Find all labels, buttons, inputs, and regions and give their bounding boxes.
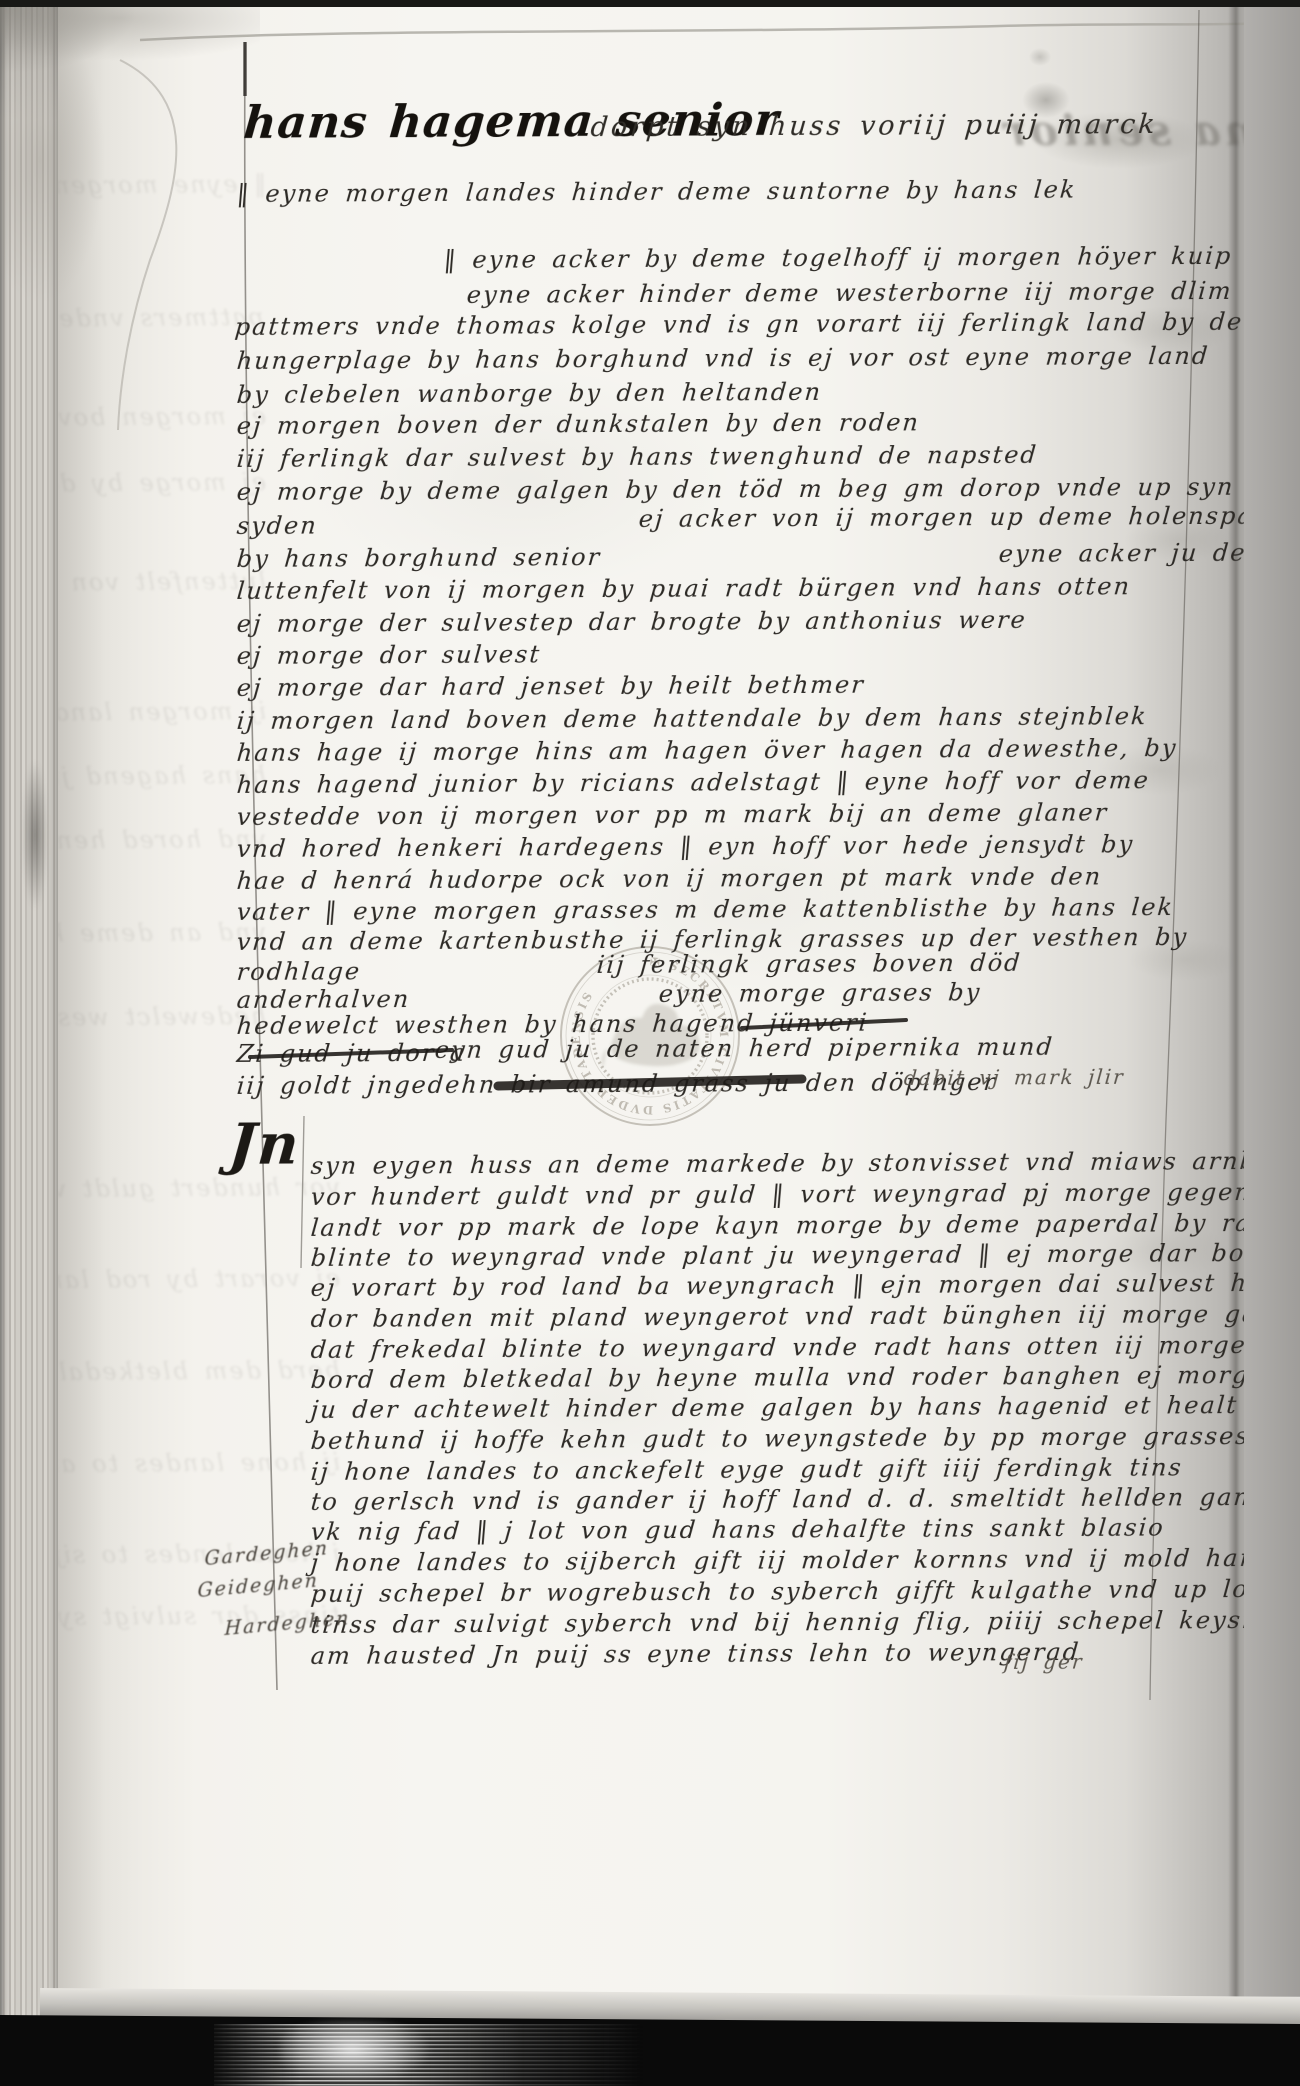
manuscript-line: to gerlsch vnd is gander ij hoff land d.… [310, 1483, 1270, 1516]
manuscript-line: j hone landes to sijberch gift iij molde… [310, 1544, 1276, 1577]
manuscript-line: by clebelen wanborge by den heltanden [236, 378, 823, 409]
manuscript-line: rodhlage [236, 957, 363, 986]
cradle-highlight [280, 2020, 440, 2086]
manuscript-line: iij ferlingk dar sulvest by hans twenghu… [236, 441, 1039, 473]
manuscript-line: landt vor pp mark de lope kayn morge by … [310, 1209, 1282, 1242]
manuscript-line: iij ferlingk grases boven död [596, 949, 1023, 979]
manuscript-line: ‖ eyne acker by deme togelhoff ij morgen… [443, 242, 1234, 274]
fore-edge-blot [22, 760, 48, 910]
manuscript-line: ‖ eyne morgen landes hinder deme suntorn… [236, 176, 1078, 208]
manuscript-line: eyn gud ju de naten herd pipernika mund [434, 1033, 1055, 1064]
manuscript-line: syn eygen huss an deme markede by stonvi… [310, 1147, 1300, 1180]
manuscript-line: tinss dar sulvigt syberch vnd bij hennig… [310, 1606, 1275, 1639]
manuscript-line: dor banden mit pland weyngerot vnd radt … [310, 1300, 1300, 1333]
manuscript-line: bethund ij hoffe kehn gudt to weyngstede… [310, 1422, 1251, 1455]
manuscript-line: ij hone landes to anckefelt eyge gudt gi… [310, 1453, 1184, 1486]
manuscript-line: ij morgen land boven deme hattendale by … [236, 702, 1149, 735]
next-page-curve [1244, 6, 1300, 2014]
manuscript-line: am hausted Jn puij ss eyne tinss lehn to… [310, 1638, 1082, 1670]
manuscript-line: iij goldt jngedehn bir amund grass ju de… [236, 1068, 998, 1100]
manuscript-line: ej vorart by rod land ba weyngrach ‖ ejn… [310, 1269, 1297, 1302]
manuscript-line: ej morge der sulvestep dar brogte by ant… [236, 606, 1028, 638]
manuscript-line: ej morge dar hard jenset by heilt bethme… [236, 671, 866, 702]
photo-top-edge [0, 0, 1300, 7]
entry-heading-suffix: dorpt syn huss voriij puiij marck [589, 109, 1158, 143]
manuscript-line: eyne morge grases by [658, 978, 983, 1008]
manuscript-line: pattmers vnde thomas kolge vnd is gn vor… [234, 308, 1262, 341]
manuscript-line: vnd hored henkeri hardegens ‖ eyn hoff v… [236, 830, 1136, 863]
manuscript-line: ej acker von ij morgen up deme holenspan… [638, 502, 1300, 533]
manuscript-line: blinte to weyngrad vnde plant ju weynger… [310, 1239, 1300, 1272]
manuscript-line: vater ‖ eyne morgen grasses m deme katte… [236, 893, 1175, 926]
manuscript-line: luttenfelt von ij morgen by puai radt bü… [236, 572, 1133, 605]
manuscript-line: syden [236, 512, 319, 540]
manuscript-line: hungerplage by hans borghund vnd is ej v… [236, 342, 1211, 375]
manuscript-line: ej morgen boven der dunkstalen by den ro… [236, 408, 921, 440]
manuscript-line: vk nig fad ‖ j lot von gud hans dehalfte… [310, 1514, 1166, 1546]
manuscript-line: hans hage ij morge hins am hagen över ha… [236, 734, 1179, 767]
paragraph-initial: Jn [227, 1112, 304, 1178]
archival-photo-scene: ✠ SECRETVM CIVITATIS DVDERSTADENSIS hans… [0, 0, 1300, 2086]
manuscript-line: eyne acker hinder deme westerborne iij m… [466, 277, 1234, 309]
manuscript-line: ej morge dor sulvest [236, 640, 543, 670]
manuscript-line: by hans borghund senior [236, 543, 603, 573]
book-fore-edge [0, 0, 58, 2062]
manuscript-line: puij schepel br wogrebusch to syberch gi… [310, 1575, 1262, 1608]
manuscript-line: vestedde von ij morgen vor pp m mark bij… [236, 798, 1110, 831]
manuscript-line: vor hundert guldt vnd pr guld ‖ vort wey… [310, 1178, 1253, 1211]
manuscript-line: ej morge by deme galgen by den töd m beg… [236, 473, 1236, 506]
manuscript-line: fij ger [1003, 1650, 1085, 1674]
manuscript-line: dat frekedal blinte to weyngard vnde rad… [310, 1331, 1300, 1364]
manuscript-line: anderhalven [236, 985, 412, 1014]
manuscript-line: ju der achtewelt hinder deme galgen by h… [310, 1391, 1240, 1424]
manuscript-line: bord dem bletkedal by heyne mulla vnd ro… [310, 1361, 1300, 1394]
manuscript-line: hae d henrá hudorpe ock von ij morgen pt… [236, 862, 1104, 895]
manuscript-line: hans hagend junior by ricians adelstagt … [236, 766, 1151, 799]
manuscript-line: dabit vj mark jlir [903, 1065, 1126, 1090]
